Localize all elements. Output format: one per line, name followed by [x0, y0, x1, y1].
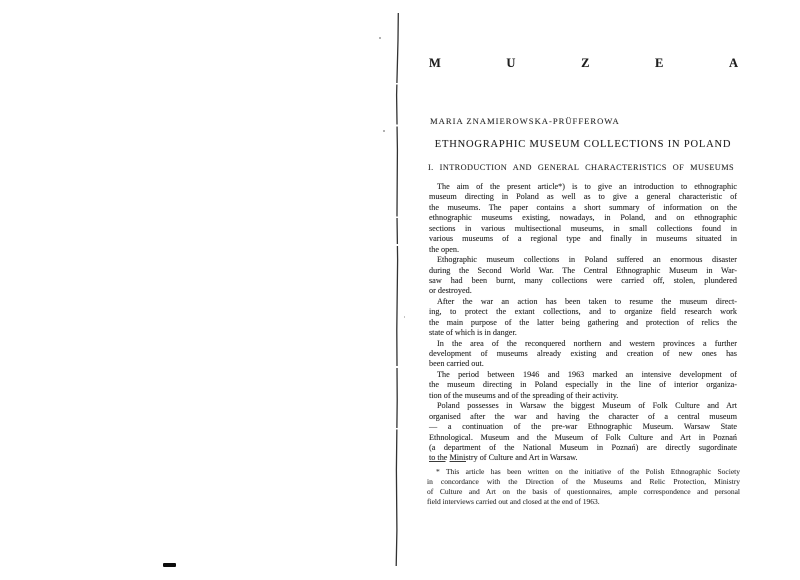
text-line: — a continuation of the pre-war Ethnogra… [429, 422, 737, 432]
text-line: been carried out. [429, 359, 737, 369]
text-line: ethnographic museums existing, nowadays,… [429, 213, 737, 223]
text-line: development of museums already existing … [429, 349, 737, 359]
text-line: the open. [429, 245, 737, 255]
journal-header-letter: A [729, 56, 738, 71]
text-line: Ethographic museum collections in Poland… [429, 255, 737, 265]
text-line: In the area of the reconquered northern … [429, 339, 737, 349]
scan-speck [383, 130, 385, 132]
text-line: saw had been burnt, many collections wer… [429, 276, 737, 286]
text-line: during the Second World War. The Central… [429, 266, 737, 276]
journal-header-letter: M [429, 56, 441, 71]
text-line: Ethnological. Museum and the Museum of F… [429, 433, 737, 443]
text-line: museum directing in Poland as well as to… [429, 192, 737, 202]
text-line: ing, to protect the extant collections, … [429, 307, 737, 317]
footnote: * This article has been written on the i… [427, 467, 740, 507]
text-line: The aim of the present article*) is to g… [429, 182, 737, 192]
registration-mark [163, 563, 176, 567]
footnote-line: of Culture and Art on the basis of quest… [427, 487, 740, 497]
footnote-line: in concordance with the Direction of the… [427, 477, 740, 487]
text-line: After the war an action has been taken t… [429, 297, 737, 307]
text-line: state of which is in danger. [429, 328, 737, 338]
footnote-separator [429, 461, 466, 462]
journal-header: MUZEA [429, 56, 738, 71]
author-line: MARIA ZNAMIEROWSKA-PRÜFFEROWA [430, 116, 620, 126]
text-line: The period between 1946 and 1963 marked … [429, 370, 737, 380]
scanned-page: MUZEA MARIA ZNAMIEROWSKA-PRÜFFEROWA ETHN… [0, 0, 800, 580]
text-line: tion of the museums and of the spreading… [429, 391, 737, 401]
journal-header-letter: U [506, 56, 515, 71]
footnote-line: * This article has been written on the i… [427, 467, 740, 477]
text-line: (a department of the National Museum in … [429, 443, 737, 453]
text-line: to the Ministry of Culture and Art in Wa… [429, 453, 737, 463]
journal-header-letter: Z [581, 56, 589, 71]
text-line: sections in various multisectional museu… [429, 224, 737, 234]
journal-header-letter: E [655, 56, 663, 71]
scan-speck [404, 316, 405, 318]
article-body: The aim of the present article*) is to g… [429, 182, 737, 464]
text-line: or destroyed. [429, 286, 737, 296]
article-title: ETHNOGRAPHIC MUSEUM COLLECTIONS IN POLAN… [429, 139, 737, 150]
text-line: organised after the war and having the c… [429, 412, 737, 422]
text-line: the museums. The paper contains a short … [429, 203, 737, 213]
text-line: the main purpose of the latter being gat… [429, 318, 737, 328]
footnote-line: field interviews carried out and closed … [427, 497, 740, 507]
section-heading: I. INTRODUCTION AND GENERAL CHARACTERIST… [428, 163, 734, 172]
scan-speck [379, 37, 381, 39]
text-line: the museum directing in Poland especiall… [429, 380, 737, 390]
text-line: Poland possesses in Warsaw the biggest M… [429, 401, 737, 411]
text-line: various museums of a regional type and f… [429, 234, 737, 244]
